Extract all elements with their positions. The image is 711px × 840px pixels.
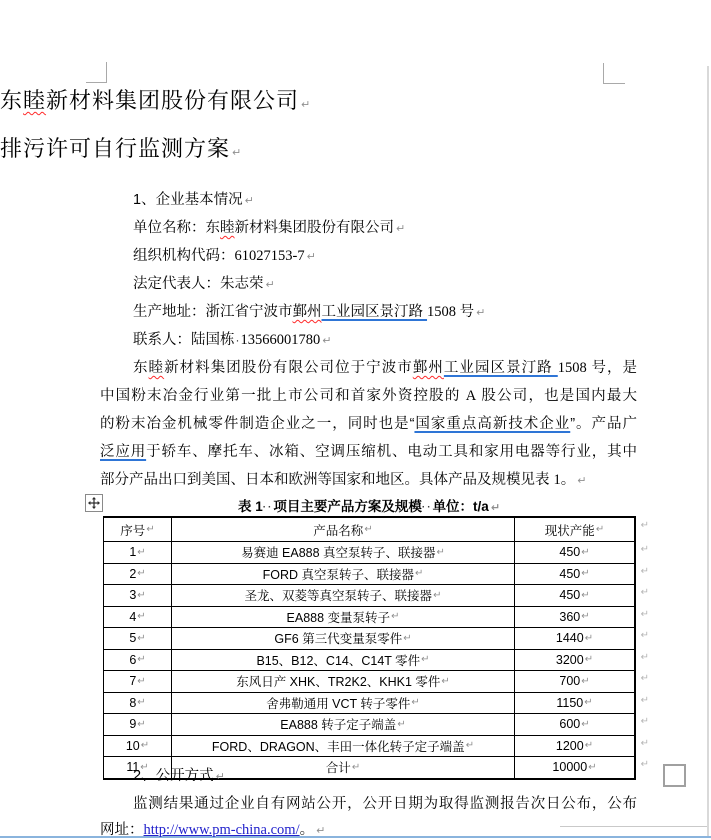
header-text: 产品名称 xyxy=(313,521,363,539)
cell-end-mark: ↵ xyxy=(588,762,596,773)
header-cell-no: 序号↵ xyxy=(104,518,172,541)
table-row: 7↵ 东风日产 XHK、TR2K2、KHK1 零件↵ 700↵ ↵ xyxy=(104,670,635,692)
info-line-contact: 联系人：陆国栋·13566001780↵ xyxy=(133,330,331,351)
four-way-arrow-icon xyxy=(88,497,100,509)
row-end-mark: ↵ xyxy=(641,716,649,727)
capacity-value: 10000 xyxy=(552,760,587,774)
cell-product-name: EA888 变量泵转子↵ xyxy=(172,607,515,628)
heading-text: 1、企业基本情况 xyxy=(133,192,243,208)
paragraph-line-3: 的粉末冶金机械零件制造企业之一，同时也是“国家重点高新技术企业”。产品广 xyxy=(100,414,637,434)
space-format-marks: ·· xyxy=(263,502,274,513)
capacity-value: 1440 xyxy=(556,631,584,645)
page-right-edge xyxy=(707,66,709,836)
spellcheck-word: 睦 xyxy=(149,360,165,376)
title-text-rest: 新材料集团股份有限公司 xyxy=(46,88,299,113)
products-table: 序号↵ 产品名称↵ 现状产能↵ ↵ 1↵ 易赛迪 EA888 真空泵转子、联接器… xyxy=(103,516,636,780)
cell-end-mark: ↵ xyxy=(137,654,145,665)
margin-corner-mark-top-left xyxy=(86,62,107,83)
label-text: 生产地址：浙江省宁波市 xyxy=(133,304,293,320)
cell-capacity: 3200↵ xyxy=(515,650,635,671)
paragraph-text: 。 xyxy=(300,822,315,838)
cell-end-mark: ↵ xyxy=(596,524,604,535)
capacity-value: 1200 xyxy=(556,739,584,753)
grammar-underline-text: 国家重点高新技术企业 xyxy=(414,416,570,432)
pilcrow-mark: ↵ xyxy=(307,250,316,263)
row-number: 7 xyxy=(129,674,136,688)
phone-number: 13566001780 xyxy=(241,332,321,348)
cell-capacity: 450↵ xyxy=(515,542,635,563)
paragraph-text: 监测结果通过企业自有网站公开，公开日期为取得监测报告次日公布，公布 xyxy=(133,796,637,812)
cell-capacity: 360↵ xyxy=(515,607,635,628)
product-name: 舍弗勒通用 VCT 转子零件 xyxy=(266,694,410,712)
header-text: 现状产能 xyxy=(545,521,595,539)
cell-capacity: 450↵ xyxy=(515,564,635,585)
pilcrow-mark: ↵ xyxy=(266,278,275,291)
table-reference-number: 1 xyxy=(554,472,561,488)
spellcheck-word: 鄞州 xyxy=(413,360,444,376)
cell-end-mark: ↵ xyxy=(352,762,360,773)
row-end-mark: ↵ xyxy=(641,587,649,598)
row-number: 9 xyxy=(129,717,136,731)
row-end-mark: ↵ xyxy=(641,520,649,531)
cell-end-mark: ↵ xyxy=(581,547,589,558)
cell-end-mark: ↵ xyxy=(437,547,445,558)
cell-capacity: 1200↵ xyxy=(515,736,635,757)
latin-text: A xyxy=(466,388,476,404)
cell-no: 9↵ xyxy=(104,714,172,735)
product-name: 圣龙、双菱等真空泵转子、联接器 xyxy=(245,586,433,604)
website-link[interactable]: http://www.pm-china.com/ xyxy=(144,822,300,838)
paragraph-text: 部分产品出口到美国、日本和欧洲等国家和地区。具体产品及规模见表 xyxy=(100,472,554,488)
document-title-line1: 东睦新材料集团股份有限公司↵ xyxy=(0,84,690,115)
spellcheck-word: 睦 xyxy=(220,220,235,236)
cell-no: 1↵ xyxy=(104,542,172,563)
product-name: FORD、DRAGON、丰田一体化转子定子端盖 xyxy=(212,737,465,755)
cell-no: 3↵ xyxy=(104,585,172,606)
grammar-underline-text: 工业园区景汀路 xyxy=(444,360,558,376)
label-text: 单位名称：东 xyxy=(133,220,220,236)
info-line-unit-name: 单位名称：东睦新材料集团股份有限公司↵ xyxy=(133,218,405,239)
header-cell-product: 产品名称↵ xyxy=(172,518,515,541)
grammar-underline-text: 泛应用 xyxy=(100,444,146,460)
cell-end-mark: ↵ xyxy=(585,633,593,644)
page-bottom-edge xyxy=(560,826,707,827)
row-end-mark: ↵ xyxy=(641,544,649,555)
document-page: 东睦新材料集团股份有限公司↵ 排污许可自行监测方案↵ 1、企业基本情况↵ 单位名… xyxy=(0,0,711,840)
row-end-mark: ↵ xyxy=(641,652,649,663)
row-number: 3 xyxy=(129,588,136,602)
title-text: 排污许可自行监测方案 xyxy=(0,136,230,161)
pilcrow-mark: ↵ xyxy=(232,146,242,159)
cell-capacity: 1440↵ xyxy=(515,628,635,649)
cell-end-mark: ↵ xyxy=(466,740,474,751)
street-number: 1508 xyxy=(427,304,460,320)
caption-unit-text: 单位：t/a xyxy=(433,499,489,514)
pilcrow-mark: ↵ xyxy=(245,194,254,207)
pilcrow-mark: ↵ xyxy=(491,501,500,514)
header-text: 序号 xyxy=(120,521,145,539)
paragraph-text: 股公司，也是国内最大 xyxy=(476,388,637,404)
cell-product-name: 舍弗勒通用 VCT 转子零件↵ xyxy=(172,693,515,714)
row-number: 2 xyxy=(129,567,136,581)
value-text: 新材料集团股份有限公司 xyxy=(235,220,395,236)
value-text: 号 xyxy=(460,304,475,320)
capacity-value: 600 xyxy=(559,717,580,731)
cell-end-mark: ↵ xyxy=(137,633,145,644)
cell-capacity: 1150↵ xyxy=(515,693,635,714)
row-number: 4 xyxy=(129,610,136,624)
space-format-marks: ·· xyxy=(422,502,433,513)
row-end-mark: ↵ xyxy=(641,630,649,641)
cell-end-mark: ↵ xyxy=(581,611,589,622)
cell-no: 7↵ xyxy=(104,671,172,692)
cell-end-mark: ↵ xyxy=(415,568,423,579)
capacity-value: 450 xyxy=(559,567,580,581)
cell-end-mark: ↵ xyxy=(581,676,589,687)
row-end-mark: ↵ xyxy=(641,566,649,577)
table-body: 1↵ 易赛迪 EA888 真空泵转子、联接器↵ 450↵ ↵ 2↵ FORD 真… xyxy=(104,541,635,778)
cell-product-name: FORD、DRAGON、丰田一体化转子定子端盖↵ xyxy=(172,736,515,757)
capacity-value: 360 xyxy=(559,610,580,624)
capacity-value: 450 xyxy=(559,545,580,559)
header-cell-capacity: 现状产能↵ xyxy=(515,518,635,541)
paragraph-text: 于轿车、摩托车、冰箱、空调压缩机、电动工具和家用电器等行业，其中 xyxy=(146,444,637,460)
row-number: 1 xyxy=(129,545,136,559)
row-end-mark: ↵ xyxy=(641,738,649,749)
row-number: 8 xyxy=(129,696,136,710)
heading-text: 2、公开方式 xyxy=(133,768,214,784)
cell-no: 4↵ xyxy=(104,607,172,628)
title-text: 东 xyxy=(0,88,23,113)
margin-corner-mark-top-right xyxy=(603,63,625,84)
cell-capacity: 700↵ xyxy=(515,671,635,692)
title-spellcheck-word: 睦 xyxy=(23,88,46,113)
caption-text: 表 1 xyxy=(238,499,263,514)
cell-end-mark: ↵ xyxy=(584,697,592,708)
pilcrow-mark: ↵ xyxy=(577,474,586,487)
capacity-value: 3200 xyxy=(556,653,584,667)
product-name: EA888 转子定子端盖 xyxy=(280,715,396,733)
paragraph-text: ”。产品广 xyxy=(570,416,637,432)
product-name: FORD 真空泵转子、联接器 xyxy=(263,565,414,583)
row-end-mark: ↵ xyxy=(641,759,649,770)
row-number: 6 xyxy=(129,653,136,667)
section2-paragraph-line2: 网址：http://www.pm-china.com/。↵ xyxy=(100,820,325,840)
table-resize-handle[interactable] xyxy=(663,764,686,787)
product-name: GF6 第三代变量泵零件 xyxy=(274,629,402,647)
cell-end-mark: ↵ xyxy=(137,697,145,708)
row-number: 5 xyxy=(129,631,136,645)
table-row: 6↵ B15、B12、C14、C14T 零件↵ 3200↵ ↵ xyxy=(104,649,635,671)
cell-end-mark: ↵ xyxy=(137,676,145,687)
table-row: 1↵ 易赛迪 EA888 真空泵转子、联接器↵ 450↵ ↵ xyxy=(104,541,635,563)
cell-product-name: FORD 真空泵转子、联接器↵ xyxy=(172,564,515,585)
cell-capacity: 450↵ xyxy=(515,585,635,606)
capacity-value: 1150 xyxy=(556,696,583,710)
cell-no: 6↵ xyxy=(104,650,172,671)
paragraph-line-4: 泛应用于轿车、摩托车、冰箱、空调压缩机、电动工具和家用电器等行业，其中 xyxy=(100,442,637,462)
cell-end-mark: ↵ xyxy=(137,547,145,558)
section1-heading: 1、企业基本情况↵ xyxy=(133,190,254,211)
table-move-handle[interactable] xyxy=(85,494,103,512)
cell-end-mark: ↵ xyxy=(581,568,589,579)
cell-product-name: 东风日产 XHK、TR2K2、KHK1 零件↵ xyxy=(172,671,515,692)
product-name: EA888 变量泵转子 xyxy=(287,608,391,626)
paragraph-text: 新材料集团股份有限公司位于宁波市 xyxy=(164,360,413,376)
section2-paragraph-line1: 监测结果通过企业自有网站公开，公开日期为取得监测报告次日公布，公布 xyxy=(133,794,637,814)
section2-heading: 2、公开方式↵ xyxy=(133,766,225,787)
cell-end-mark: ↵ xyxy=(581,719,589,730)
paragraph-line-2: 中国粉末冶金行业第一批上市公司和首家外资控股的 A 股公司，也是国内最大 xyxy=(100,386,637,406)
product-name: B15、B12、C14、C14T 零件 xyxy=(256,651,420,669)
cell-end-mark: ↵ xyxy=(137,719,145,730)
cell-end-mark: ↵ xyxy=(581,590,589,601)
info-line-address: 生产地址：浙江省宁波市鄞州工业园区景汀路 1508 号↵ xyxy=(133,302,485,323)
row-end-mark: ↵ xyxy=(641,695,649,706)
label-text: 联系人：陆国栋 xyxy=(133,332,235,348)
paragraph-text: 号，是 xyxy=(591,360,637,376)
spellcheck-word: 鄞州 xyxy=(293,304,322,320)
capacity-value: 700 xyxy=(559,674,580,688)
pilcrow-mark: ↵ xyxy=(396,222,405,235)
cell-product-name: EA888 转子定子端盖↵ xyxy=(172,714,515,735)
cell-end-mark: ↵ xyxy=(137,611,145,622)
pilcrow-mark: ↵ xyxy=(322,334,331,347)
cell-product-name: B15、B12、C14、C14T 零件↵ xyxy=(172,650,515,671)
label-text: 组织机构代码： xyxy=(133,248,235,264)
row-end-mark: ↵ xyxy=(641,673,649,684)
cell-end-mark: ↵ xyxy=(585,654,593,665)
document-title-line2: 排污许可自行监测方案↵ xyxy=(0,132,690,163)
capacity-value: 450 xyxy=(559,588,580,602)
cell-end-mark: ↵ xyxy=(146,524,154,535)
org-code-value: 61027153-7 xyxy=(235,248,305,264)
cell-end-mark: ↵ xyxy=(421,654,429,665)
pilcrow-mark: ↵ xyxy=(476,306,485,319)
cell-end-mark: ↵ xyxy=(441,676,449,687)
table-header-row: 序号↵ 产品名称↵ 现状产能↵ ↵ xyxy=(104,518,635,541)
cell-end-mark: ↵ xyxy=(585,740,593,751)
cell-no: 10↵ xyxy=(104,736,172,757)
cell-no: 5↵ xyxy=(104,628,172,649)
table-row: 4↵ EA888 变量泵转子↵ 360↵ ↵ xyxy=(104,606,635,628)
label-text: 法定代表人：朱志荣 xyxy=(133,276,264,292)
table-caption: 表 1··项目主要产品方案及规模··单位：t/a↵ xyxy=(103,495,635,515)
cell-product-name: 圣龙、双菱等真空泵转子、联接器↵ xyxy=(172,585,515,606)
label-text: 网址： xyxy=(100,822,144,838)
paragraph-text: 。 xyxy=(561,472,576,488)
product-name: 易赛迪 EA888 真空泵转子、联接器 xyxy=(241,543,435,561)
paragraph-text: 的粉末冶金机械零件制造企业之一，同时也是“ xyxy=(100,416,414,432)
cell-end-mark: ↵ xyxy=(411,697,419,708)
table-row: 3↵ 圣龙、双菱等真空泵转子、联接器↵ 450↵ ↵ xyxy=(104,584,635,606)
table-row: 9↵ EA888 转子定子端盖↵ 600↵ ↵ xyxy=(104,713,635,735)
table-row: 5↵ GF6 第三代变量泵零件↵ 1440↵ ↵ xyxy=(104,627,635,649)
table-row: 10↵ FORD、DRAGON、丰田一体化转子定子端盖↵ 1200↵ ↵ xyxy=(104,735,635,757)
row-end-mark: ↵ xyxy=(641,609,649,620)
cell-end-mark: ↵ xyxy=(391,611,399,622)
cell-end-mark: ↵ xyxy=(433,590,441,601)
info-line-org-code: 组织机构代码：61027153-7↵ xyxy=(133,246,316,267)
street-number: 1508 xyxy=(558,360,592,376)
cell-end-mark: ↵ xyxy=(397,719,405,730)
cell-end-mark: ↵ xyxy=(137,568,145,579)
product-name: 东风日产 XHK、TR2K2、KHK1 零件 xyxy=(236,672,440,690)
cell-end-mark: ↵ xyxy=(403,633,411,644)
pilcrow-mark: ↵ xyxy=(301,98,311,111)
info-line-legal-rep: 法定代表人：朱志荣↵ xyxy=(133,274,275,295)
table-row: 8↵ 舍弗勒通用 VCT 转子零件↵ 1150↵ ↵ xyxy=(104,692,635,714)
cell-capacity: 600↵ xyxy=(515,714,635,735)
cell-no: 2↵ xyxy=(104,564,172,585)
cell-no: 8↵ xyxy=(104,693,172,714)
cell-end-mark: ↵ xyxy=(141,740,149,751)
cell-product-name: GF6 第三代变量泵零件↵ xyxy=(172,628,515,649)
row-number: 10 xyxy=(126,739,140,753)
paragraph-line-1: 东睦新材料集团股份有限公司位于宁波市鄞州工业园区景汀路 1508 号，是 xyxy=(133,358,637,378)
paragraph-line-5: 部分产品出口到美国、日本和欧洲等国家和地区。具体产品及规模见表 1。↵ xyxy=(100,470,587,491)
grammar-underline-text: 工业园区景汀路 xyxy=(322,304,428,320)
pilcrow-mark: ↵ xyxy=(316,824,325,837)
paragraph-text: 东 xyxy=(133,360,149,376)
cell-capacity: 10000↵ xyxy=(515,757,635,778)
product-name: 合计 xyxy=(326,758,351,776)
cell-product-name: 易赛迪 EA888 真空泵转子、联接器↵ xyxy=(172,542,515,563)
cell-end-mark: ↵ xyxy=(137,590,145,601)
cell-end-mark: ↵ xyxy=(364,524,372,535)
paragraph-text: 中国粉末冶金行业第一批上市公司和首家外资控股的 xyxy=(100,388,466,404)
caption-text: 项目主要产品方案及规模 xyxy=(273,499,422,514)
table-row: 2↵ FORD 真空泵转子、联接器↵ 450↵ ↵ xyxy=(104,563,635,585)
pilcrow-mark: ↵ xyxy=(216,770,225,783)
